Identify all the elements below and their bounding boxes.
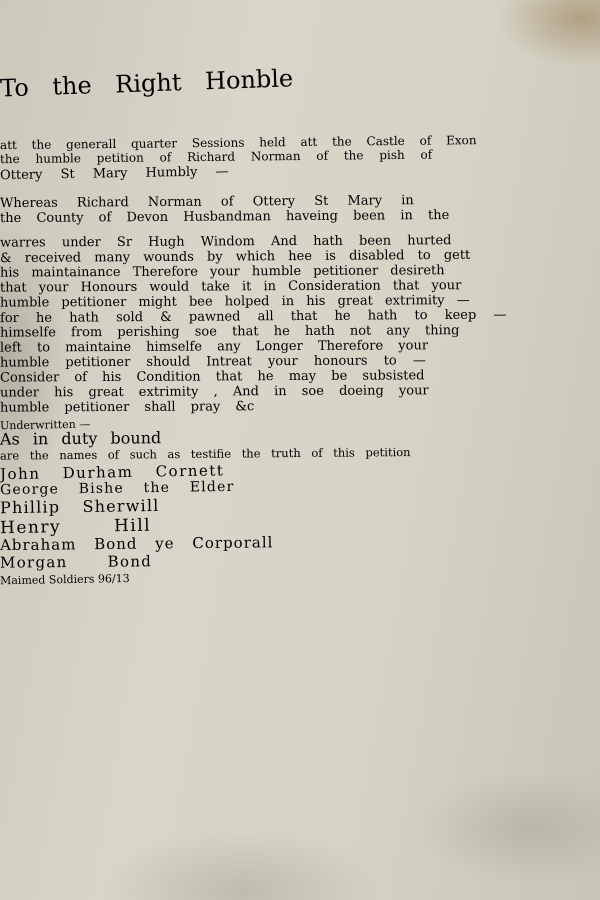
photograph-background: To the Right Honble Justices his Maties …	[0, 0, 600, 900]
ink-smudge	[0, 56, 18, 64]
